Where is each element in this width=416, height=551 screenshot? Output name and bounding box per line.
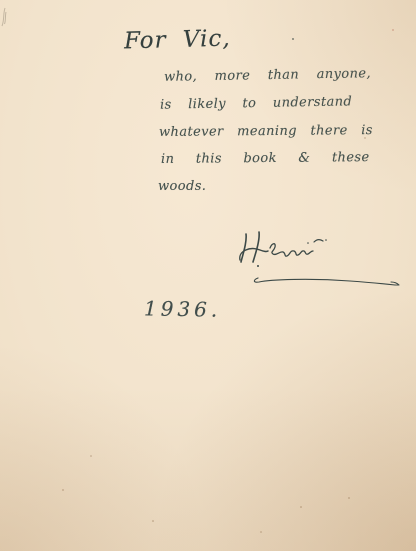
inscription-year: 1936. xyxy=(144,296,222,321)
author-signature-scribble xyxy=(238,229,334,269)
inscription-salutation: For Vic, xyxy=(124,26,231,55)
inscription-line: who, more than anyone, xyxy=(164,66,371,85)
inscription-line: whatever meaning there is xyxy=(159,123,373,140)
inscription-line: woods. xyxy=(158,179,206,194)
inscription-line: in this book & these xyxy=(161,150,370,167)
paper-speckle xyxy=(260,531,262,533)
signature-flourish xyxy=(250,273,402,291)
paper-speckle xyxy=(62,489,64,491)
paper-speckle xyxy=(392,29,394,31)
inscription-line: is likely to understand xyxy=(160,94,352,112)
paper-speckle xyxy=(348,497,350,499)
paper-speckle xyxy=(292,38,294,40)
margin-pencil-mark xyxy=(0,6,7,32)
paper-speckle xyxy=(300,506,302,508)
paper-speckle xyxy=(90,455,92,457)
paper-speckle xyxy=(152,520,154,522)
book-page: For Vic, who, more than anyone, is likel… xyxy=(0,0,416,551)
